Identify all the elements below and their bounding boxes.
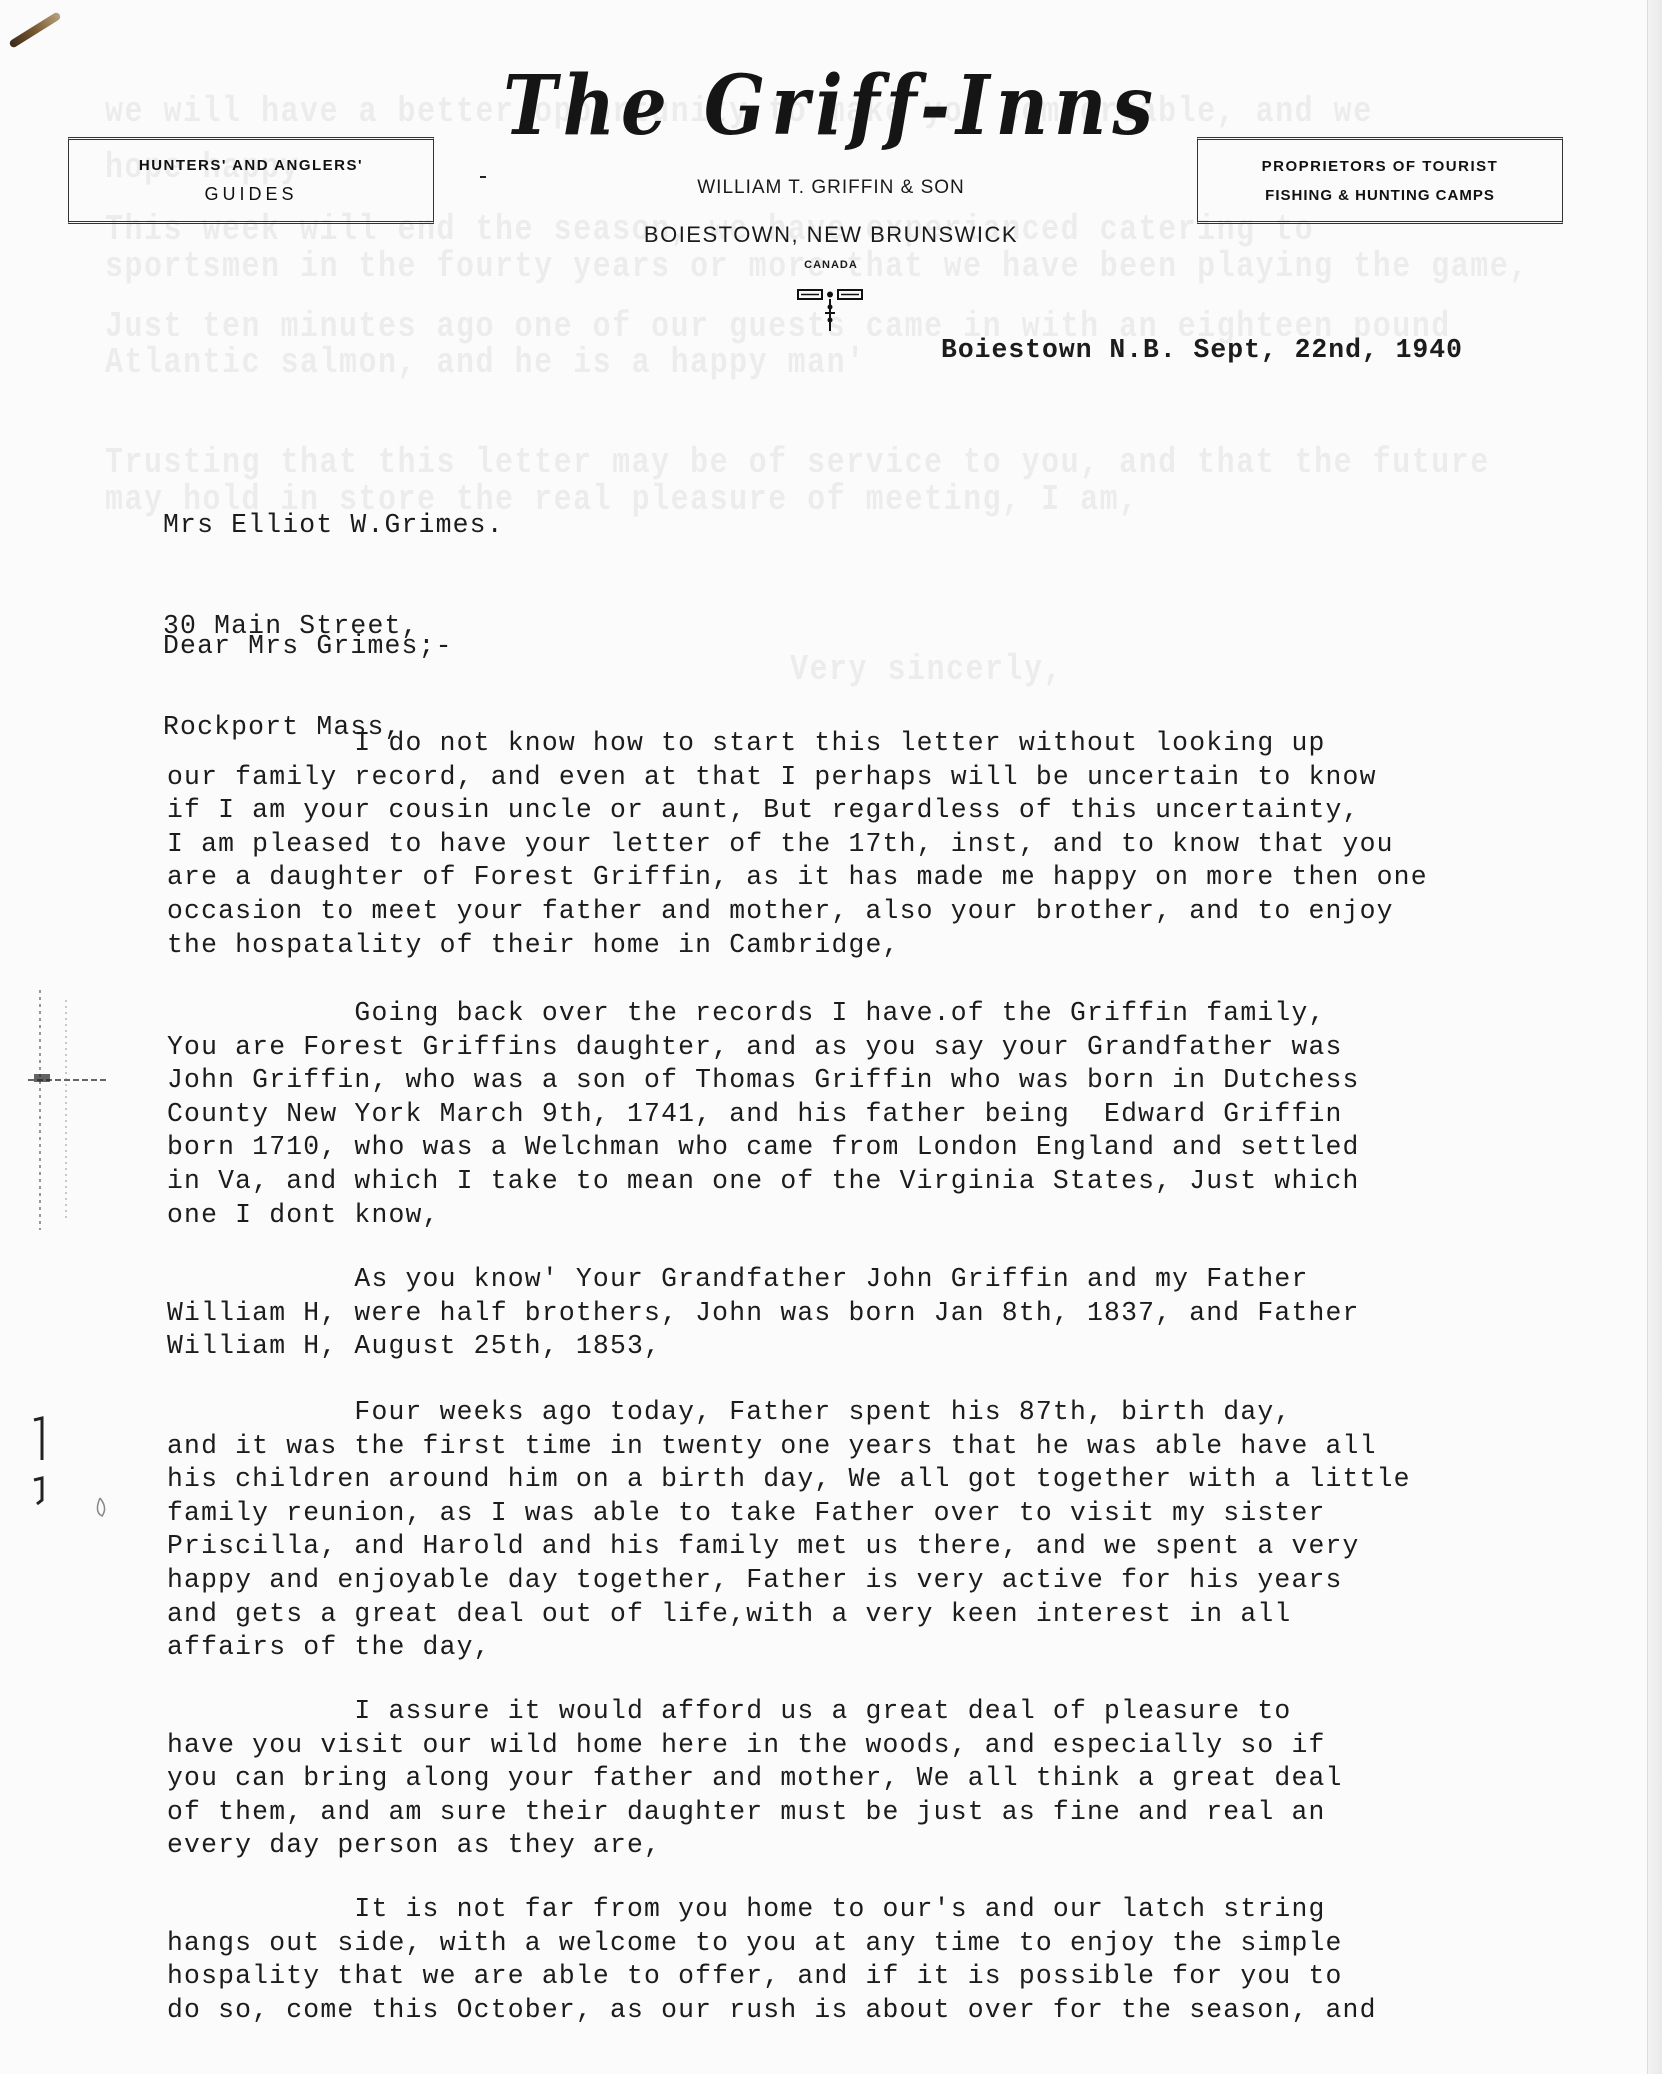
paragraph-line: of them, and am sure their daughter must… [167, 1796, 1343, 1830]
bleed-line: Atlantic salmon, and he is a happy man' [105, 343, 866, 384]
paragraph-line: John Griffin, who was a son of Thomas Gr… [167, 1064, 1360, 1098]
paragraph-line: and it was the first time in twenty one … [167, 1430, 1411, 1464]
paragraph-line: in Va, and which I take to mean one of t… [167, 1165, 1360, 1199]
paragraph: Four weeks ago today, Father spent his 8… [167, 1396, 1411, 1665]
salutation: Dear Mrs Grimes;- [163, 630, 453, 664]
paragraph-line: occasion to meet your father and mother,… [167, 895, 1428, 929]
proprietors-box: PROPRIETORS OF TOURIST FISHING & HUNTING… [1197, 137, 1563, 224]
paragraph-line: and gets a great deal out of life,with a… [167, 1598, 1411, 1632]
ornament-icon [795, 287, 865, 333]
paragraph-line: are a daughter of Forest Griffin, as it … [167, 861, 1428, 895]
paragraph-line: one I dont know, [167, 1199, 1360, 1233]
letterhead-town: BOIESTOWN, NEW BRUNSWICK [0, 222, 1662, 248]
paragraph-line: family reunion, as I was able to take Fa… [167, 1497, 1411, 1531]
paragraph-line: County New York March 9th, 1741, and his… [167, 1098, 1360, 1132]
paragraph-line: It is not far from you home to our's and… [167, 1893, 1377, 1927]
paragraph-line: hangs out side, with a welcome to you at… [167, 1927, 1377, 1961]
guides-box-line1: HUNTERS' AND ANGLERS' [69, 157, 433, 174]
bleed-line: Very sincerly, [790, 650, 1063, 691]
paragraph-line: hospality that we are able to offer, and… [167, 1960, 1377, 1994]
paragraph-line: I am pleased to have your letter of the … [167, 828, 1428, 862]
paragraph-line: born 1710, who was a Welchman who came f… [167, 1131, 1360, 1165]
paragraph-line: you can bring along your father and moth… [167, 1762, 1343, 1796]
page-edge [1647, 0, 1662, 2074]
paragraph-line: William H, were half brothers, John was … [167, 1297, 1360, 1331]
paragraph: I do not know how to start this letter w… [167, 727, 1428, 962]
paragraph: I assure it would afford us a great deal… [167, 1695, 1343, 1863]
paragraph: It is not far from you home to our's and… [167, 1893, 1377, 2027]
letterhead-country: CANADA [0, 259, 1662, 271]
paragraph-line: affairs of the day, [167, 1631, 1411, 1665]
recipient-name: Mrs Elliot W.Grimes. [163, 509, 504, 543]
proprietors-box-line1: PROPRIETORS OF TOURIST [1198, 158, 1562, 175]
paragraph-line: William H, August 25th, 1853, [167, 1330, 1360, 1364]
paragraph-line: do so, come this October, as our rush is… [167, 1994, 1377, 2028]
paragraph-line: Going back over the records I have.of th… [167, 997, 1360, 1031]
paragraph-line: I assure it would afford us a great deal… [167, 1695, 1343, 1729]
paragraph: As you know' Your Grandfather John Griff… [167, 1263, 1360, 1364]
proprietors-box-line2: FISHING & HUNTING CAMPS [1198, 187, 1562, 204]
letter-date: Boiestown N.B. Sept, 22nd, 1940 [941, 334, 1463, 368]
paragraph-line: his children around him on a birth day, … [167, 1463, 1411, 1497]
paragraph-line: You are Forest Griffins daughter, and as… [167, 1031, 1360, 1065]
scan-margin-marks [28, 990, 108, 1550]
paragraph-line: Priscilla, and Harold and his family met… [167, 1530, 1411, 1564]
pen-mark [8, 11, 61, 49]
paragraph-line: As you know' Your Grandfather John Griff… [167, 1263, 1360, 1297]
paragraph-line: have you visit our wild home here in the… [167, 1729, 1343, 1763]
paragraph-line: the hospatality of their home in Cambrid… [167, 929, 1428, 963]
paragraph: Going back over the records I have.of th… [167, 997, 1360, 1232]
paragraph-line: happy and enjoyable day together, Father… [167, 1564, 1411, 1598]
paragraph-line: Four weeks ago today, Father spent his 8… [167, 1396, 1411, 1430]
paragraph-line: if I am your cousin uncle or aunt, But r… [167, 794, 1428, 828]
paragraph-line: I do not know how to start this letter w… [167, 727, 1428, 761]
paragraph-line: our family record, and even at that I pe… [167, 761, 1428, 795]
paragraph-line: every day person as they are, [167, 1829, 1343, 1863]
